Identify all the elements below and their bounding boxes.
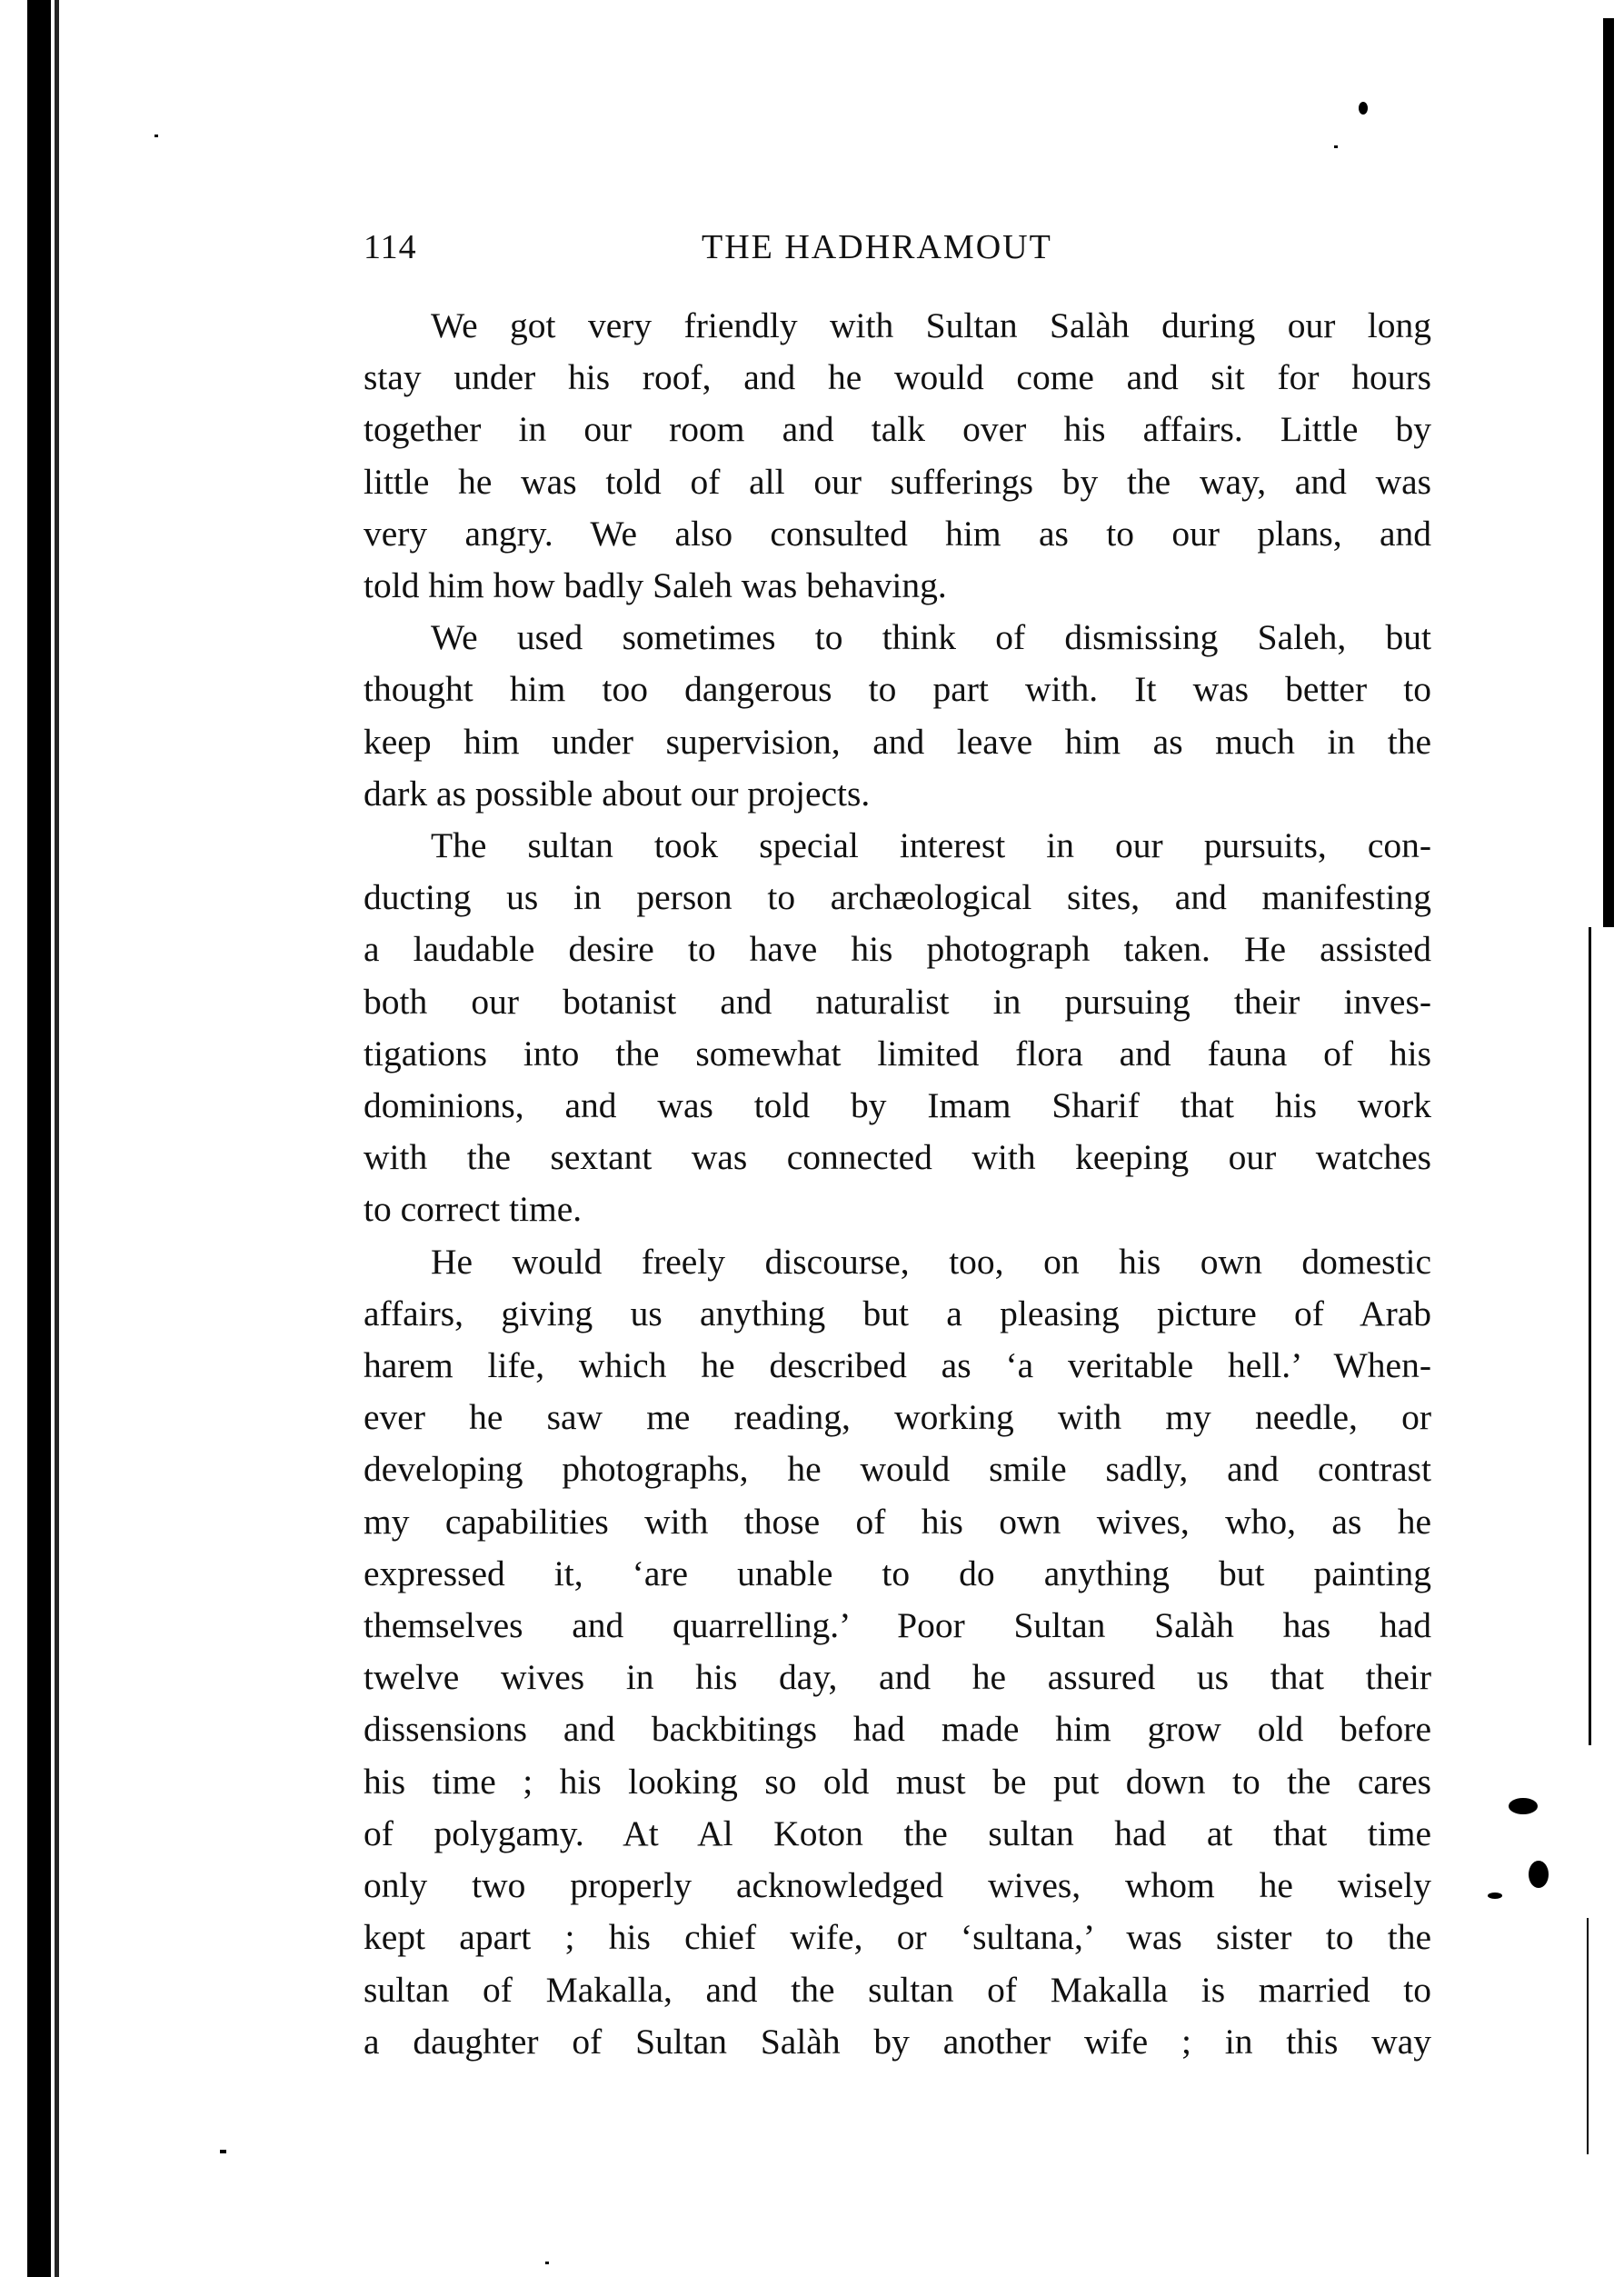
text-line: both our botanist and naturalist in purs… xyxy=(364,976,1431,1028)
text-line: my capabilities with those of his own wi… xyxy=(364,1496,1431,1548)
ink-blot xyxy=(1488,1893,1502,1899)
ink-blot xyxy=(1529,1861,1549,1888)
running-title: THE HADHRAMOUT xyxy=(702,227,1052,267)
text-line: together in our room and talk over his a… xyxy=(364,404,1431,455)
text-line: of polygamy. At Al Koton the sultan had … xyxy=(364,1808,1431,1860)
text-line: The sultan took special interest in our … xyxy=(364,820,1431,872)
page-edge-right-line xyxy=(1589,927,1591,1745)
ink-speck xyxy=(220,2150,226,2153)
text-line: very angry. We also consulted him as to … xyxy=(364,508,1431,560)
text-line: sultan of Makalla, and the sultan of Mak… xyxy=(364,1964,1431,2016)
text-line: thought him too dangerous to part with. … xyxy=(364,664,1431,715)
ink-speck xyxy=(1334,145,1338,148)
ink-speck xyxy=(545,2262,549,2264)
text-line: dominions, and was told by Imam Sharif t… xyxy=(364,1080,1431,1132)
text-line: harem life, which he described as ‘a ver… xyxy=(364,1340,1431,1392)
text-line: ducting us in person to archæological si… xyxy=(364,872,1431,924)
text-line: a daughter of Sultan Salàh by another wi… xyxy=(364,2016,1431,2068)
text-line: keep him under supervision, and leave hi… xyxy=(364,716,1431,768)
text-line: tigations into the somewhat limited flor… xyxy=(364,1028,1431,1080)
text-line: themselves and quarrelling.’ Poor Sultan… xyxy=(364,1600,1431,1652)
binding-line xyxy=(55,0,59,2277)
text-line: told him how badly Saleh was behaving. xyxy=(364,560,1431,612)
text-line: kept apart ; his chief wife, or ‘sultana… xyxy=(364,1912,1431,1963)
text-line: We used sometimes to think of dismissing… xyxy=(364,612,1431,664)
text-line: to correct time. xyxy=(364,1183,1431,1235)
text-line: only two properly acknowledged wives, wh… xyxy=(364,1860,1431,1912)
text-line: developing photographs, he would smile s… xyxy=(364,1443,1431,1495)
page-number: 114 xyxy=(364,227,417,267)
page-edge-right xyxy=(1603,18,1614,927)
text-line: twelve wives in his day, and he assured … xyxy=(364,1652,1431,1703)
text-line: little he was told of all our sufferings… xyxy=(364,456,1431,508)
paragraph: He would freely discourse, too, on his o… xyxy=(364,1236,1431,2068)
text-line: ever he saw me reading, working with my … xyxy=(364,1392,1431,1443)
text-line: with the sextant was connected with keep… xyxy=(364,1132,1431,1183)
text-line: stay under his roof, and he would come a… xyxy=(364,352,1431,404)
ink-blot xyxy=(1509,1798,1538,1814)
book-binding-edge xyxy=(0,0,73,2277)
text-line: his time ; his looking so old must be pu… xyxy=(364,1756,1431,1808)
page-edge-right-line-lower xyxy=(1587,1918,1589,2154)
book-page: 114 THE HADHRAMOUT We got very friendly … xyxy=(364,227,1431,2068)
paragraph: The sultan took special interest in our … xyxy=(364,820,1431,1236)
body-text: We got very friendly with Sultan Salàh d… xyxy=(364,300,1431,2068)
binding-shadow xyxy=(27,0,51,2277)
text-line: affairs, giving us anything but a pleasi… xyxy=(364,1288,1431,1340)
running-head: 114 THE HADHRAMOUT xyxy=(364,227,1431,282)
ink-speck xyxy=(1359,102,1368,115)
text-line: He would freely discourse, too, on his o… xyxy=(364,1236,1431,1288)
paragraph: We got very friendly with Sultan Salàh d… xyxy=(364,300,1431,612)
paragraph: We used sometimes to think of dismissing… xyxy=(364,612,1431,820)
text-line: a laudable desire to have his photograph… xyxy=(364,924,1431,975)
text-line: We got very friendly with Sultan Salàh d… xyxy=(364,300,1431,352)
text-line: expressed it, ‘are unable to do anything… xyxy=(364,1548,1431,1600)
text-line: dissensions and backbitings had made him… xyxy=(364,1703,1431,1755)
ink-speck xyxy=(154,135,158,137)
text-line: dark as possible about our projects. xyxy=(364,768,1431,820)
